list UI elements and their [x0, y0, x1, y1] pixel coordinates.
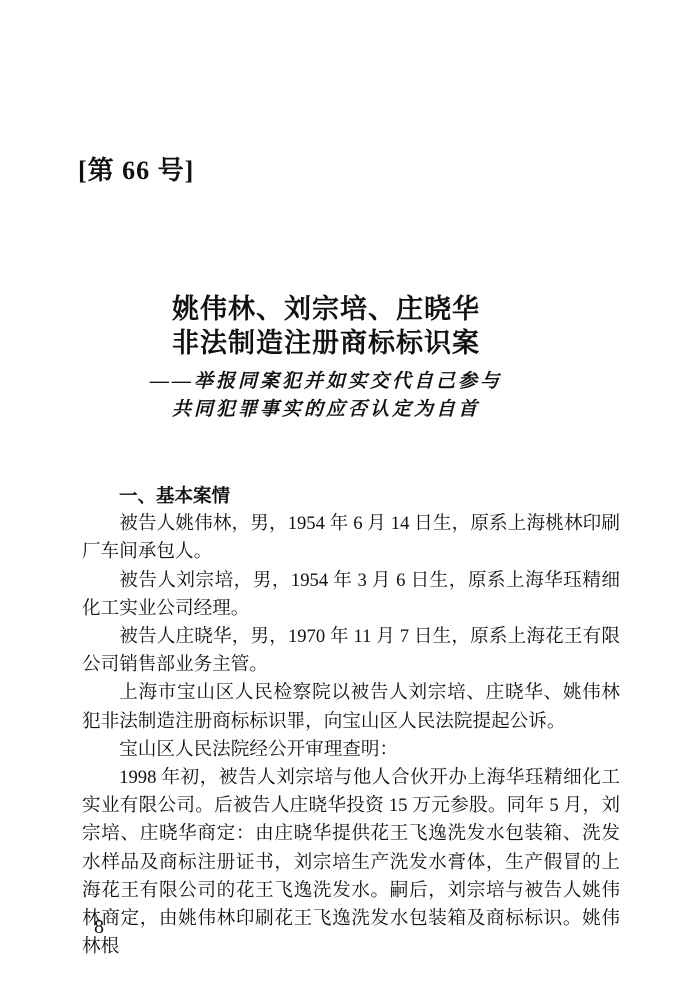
paragraph-defendant-yao: 被告人姚伟林，男，1954 年 6 月 14 日生，原系上海桃林印刷厂车间承包人…	[82, 510, 620, 566]
paragraph-case-facts: 1998 年初，被告人刘宗培与他人合伙开办上海华珏精细化工实业有限公司。后被告人…	[82, 764, 620, 961]
case-title-line-2: 非法制造注册商标标识案	[0, 326, 673, 360]
page-number: 8	[94, 916, 104, 939]
document-page: [第 66 号] 姚伟林、刘宗培、庄晓华 非法制造注册商标标识案 ——举报同案犯…	[0, 0, 694, 999]
body-text: 一、基本案情 被告人姚伟林，男，1954 年 6 月 14 日生，原系上海桃林印…	[82, 482, 620, 961]
case-title: 姚伟林、刘宗培、庄晓华 非法制造注册商标标识案	[0, 292, 673, 360]
paragraph-defendant-zhuang: 被告人庄晓华，男，1970 年 11 月 7 日生，原系上海花王有限公司销售部业…	[82, 623, 620, 679]
case-subtitle: ——举报同案犯并如实交代自己参与 共同犯罪事实的应否认定为自首	[0, 368, 673, 424]
paragraph-defendant-liu: 被告人刘宗培，男，1954 年 3 月 6 日生，原系上海华珏精细化工实业公司经…	[82, 567, 620, 623]
case-title-line-1: 姚伟林、刘宗培、庄晓华	[0, 292, 673, 326]
paragraph-prosecution: 上海市宝山区人民检察院以被告人刘宗培、庄晓华、姚伟林犯非法制造注册商标标识罪，向…	[82, 679, 620, 735]
case-subtitle-line-2: 共同犯罪事实的应否认定为自首	[0, 396, 673, 424]
paragraph-court-hearing: 宝山区人民法院经公开审理查明：	[82, 736, 620, 764]
section-heading-basic-facts: 一、基本案情	[82, 482, 620, 510]
case-subtitle-line-1: ——举报同案犯并如实交代自己参与	[0, 368, 673, 396]
case-number-label: [第 66 号]	[78, 150, 194, 187]
